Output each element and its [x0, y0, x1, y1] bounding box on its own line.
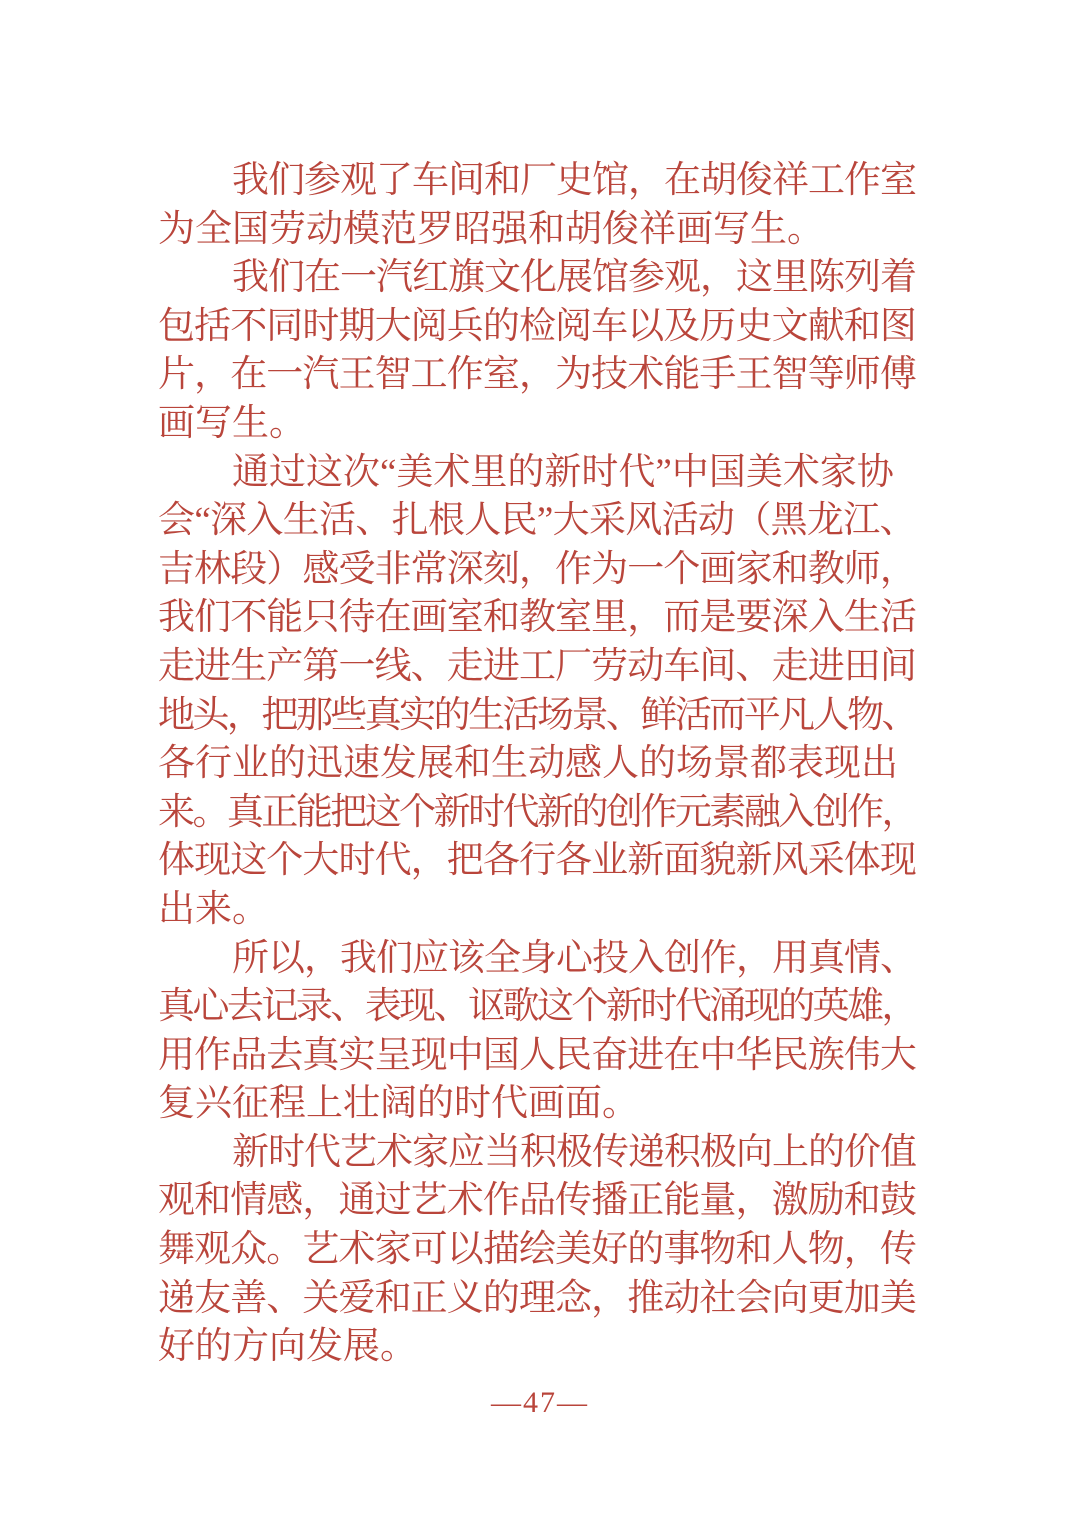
text-line: 地头，把那些真实的生活场景、鲜活而平凡人物、: [158, 692, 916, 741]
document-page: 我们参观了车间和厂史馆，在胡俊祥工作室 为全国劳动模范罗昭强和胡俊祥画写生。 我…: [0, 0, 1080, 1525]
text-line: 复兴征程上壮阔的时代画面。: [158, 1080, 916, 1129]
text-line: 会“深入生活、扎根人民”大采风活动（黑龙江、: [158, 497, 916, 546]
text-line: 体现这个大时代，把各行各业新面貌新风采体现: [158, 837, 916, 886]
text-line: 新时代艺术家应当积极传递积极向上的价值: [158, 1129, 916, 1178]
text-line: 观和情感，通过艺术作品传播正能量，激励和鼓: [158, 1177, 916, 1226]
text-line: 各行业的迅速发展和生动感人的场景都表现出: [158, 740, 916, 789]
text-line: 画写生。: [158, 400, 916, 449]
text-line: 真心去记录、表现、讴歌这个新时代涌现的英雄，: [158, 983, 916, 1032]
text-line: 好的方向发展。: [158, 1323, 916, 1372]
text-line: 通过这次“美术里的新时代”中国美术家协: [158, 449, 916, 498]
text-line: 舞观众。艺术家可以描绘美好的事物和人物，传: [158, 1226, 916, 1275]
text-line: 包括不同时期大阅兵的检阅车以及历史文献和图: [158, 303, 916, 352]
page-number: —47—: [0, 1386, 1080, 1420]
text-line: 片，在一汽王智工作室，为技术能手王智等师傅: [158, 351, 916, 400]
text-line: 出来。: [158, 886, 916, 935]
text-block: 我们参观了车间和厂史馆，在胡俊祥工作室 为全国劳动模范罗昭强和胡俊祥画写生。 我…: [158, 157, 916, 1372]
text-line: 为全国劳动模范罗昭强和胡俊祥画写生。: [158, 206, 916, 255]
text-line: 递友善、关爱和正义的理念，推动社会向更加美: [158, 1275, 916, 1324]
text-line: 我们不能只待在画室和教室里，而是要深入生活: [158, 594, 916, 643]
text-line: 走进生产第一线、走进工厂劳动车间、走进田间: [158, 643, 916, 692]
text-line: 吉林段）感受非常深刻，作为一个画家和教师，: [158, 546, 916, 595]
text-line: 来。真正能把这个新时代新的创作元素融入创作，: [158, 789, 916, 838]
text-line: 我们在一汽红旗文化展馆参观，这里陈列着: [158, 254, 916, 303]
text-line: 用作品去真实呈现中国人民奋进在中华民族伟大: [158, 1032, 916, 1081]
text-line: 我们参观了车间和厂史馆，在胡俊祥工作室: [158, 157, 916, 206]
text-line: 所以，我们应该全身心投入创作，用真情、: [158, 935, 916, 984]
